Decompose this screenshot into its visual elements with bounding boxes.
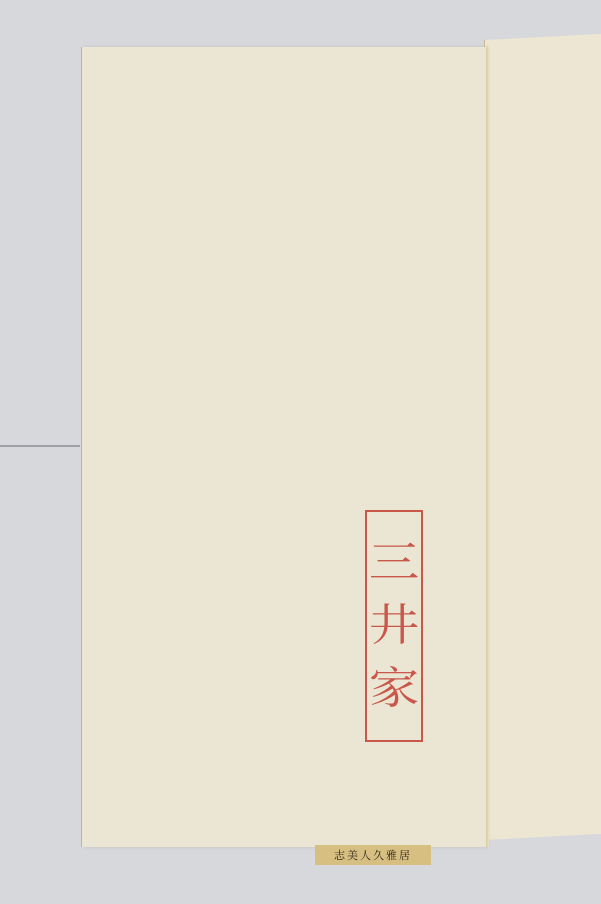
shelf-label: 志美人久雅居 (315, 845, 431, 865)
red-seal: 三 井 家 (365, 510, 423, 742)
left-page (82, 47, 486, 847)
seal-char-2: 井 (369, 604, 420, 648)
seal-char-1: 三 (369, 541, 420, 585)
right-page (484, 33, 601, 840)
label-text: 志美人久雅居 (334, 847, 412, 863)
seal-char-3: 家 (369, 667, 420, 711)
background-line (0, 445, 80, 447)
